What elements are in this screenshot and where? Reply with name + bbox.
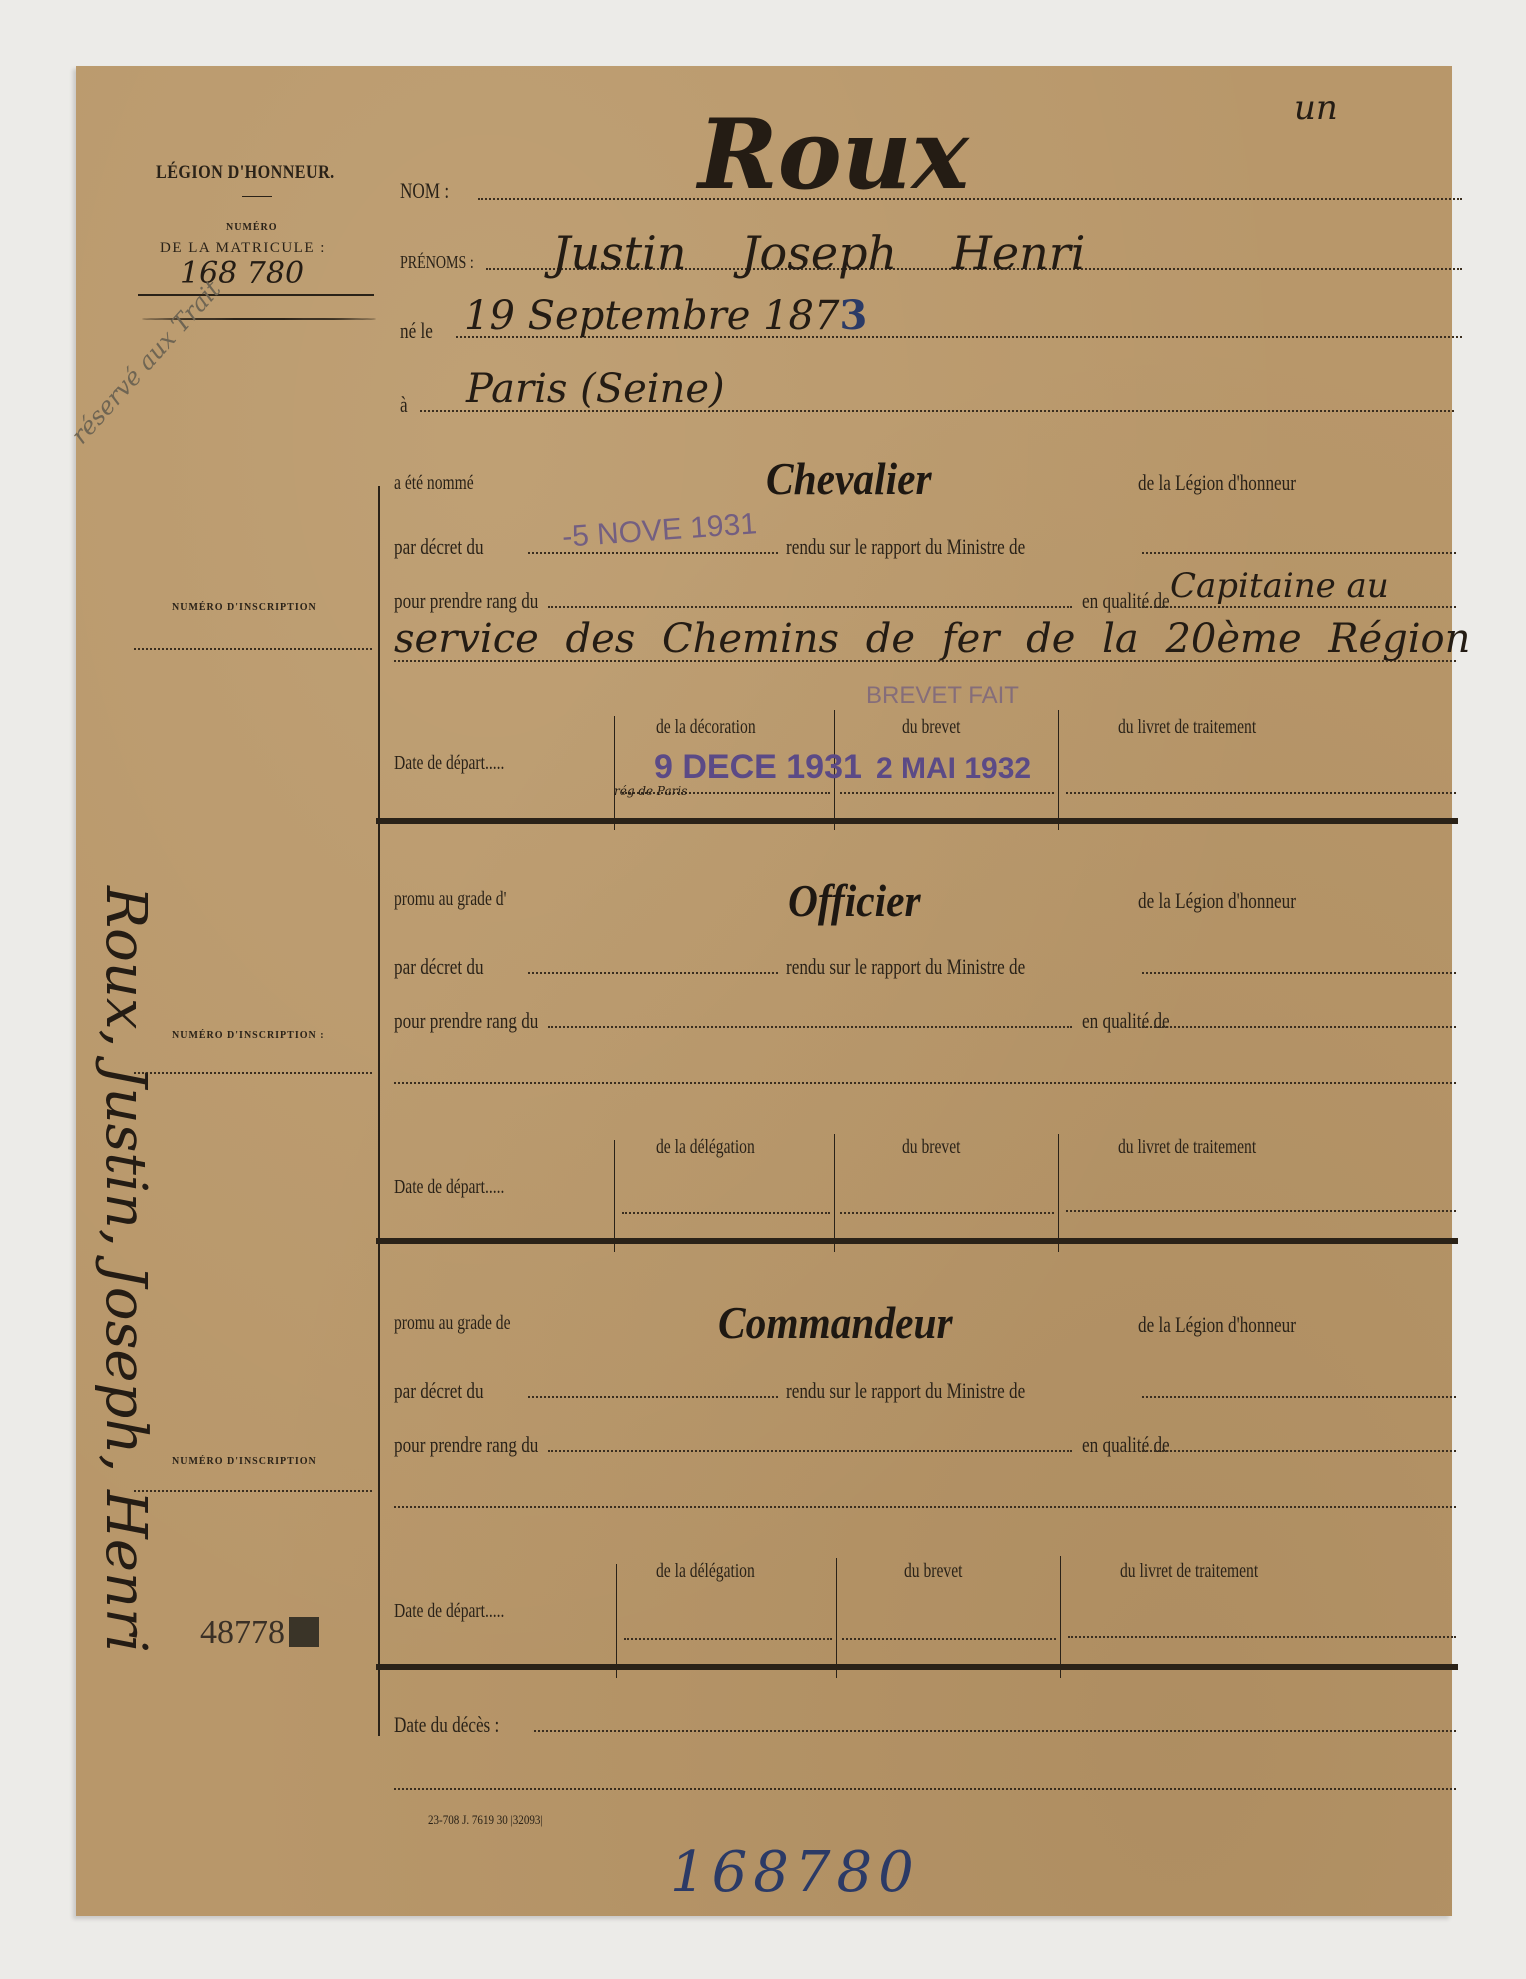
ne-le-date: 19 Septembre 187 xyxy=(464,293,839,339)
qualite-line xyxy=(1142,1026,1456,1028)
col3-line xyxy=(1066,1210,1456,1212)
decret-label: par décret du xyxy=(394,534,484,560)
grade-title: Commandeur xyxy=(718,1296,953,1349)
col1-line xyxy=(622,1212,830,1214)
stamp-number-value: 48778 xyxy=(200,1614,285,1651)
col3-line xyxy=(1066,792,1456,794)
title-underline xyxy=(242,196,272,197)
depart-label: Date de départ..... xyxy=(394,1176,504,1199)
footer-line xyxy=(394,1788,1456,1790)
grade-title: Officier xyxy=(788,874,921,927)
prenoms-value: Justin Joseph Henri xyxy=(552,226,1085,280)
decret-stamp: -5 NOVE 1931 xyxy=(561,507,758,555)
inscription-line-1 xyxy=(134,648,372,650)
col3-header: du livret de traitement xyxy=(1118,716,1256,739)
col-divider-2 xyxy=(1058,710,1059,830)
section-rule xyxy=(376,1238,1458,1244)
col-divider-1 xyxy=(836,1558,837,1678)
col2-header: du brevet xyxy=(902,1136,960,1159)
qualite-label: en qualité de xyxy=(1082,1432,1170,1458)
rang-label: pour prendre rang du xyxy=(394,1432,538,1458)
depart-label: Date de départ..... xyxy=(394,752,504,775)
col-divider-2 xyxy=(1060,1556,1061,1678)
rapport-label: rendu sur le rapport du Ministre de xyxy=(786,534,1025,560)
section-rule xyxy=(376,1664,1458,1670)
corner-initial: un xyxy=(1294,88,1338,128)
matricule-line xyxy=(138,294,374,296)
qualite-value-2: service des Chemins de fer de la 20ème R… xyxy=(394,616,1470,662)
col3-line xyxy=(1068,1636,1456,1638)
inscription-caption-2: NUMÉRO D'INSCRIPTION : xyxy=(172,1030,325,1041)
rang-label: pour prendre rang du xyxy=(394,588,538,614)
inscription-line-3 xyxy=(134,1490,372,1492)
deces-line xyxy=(534,1730,1456,1732)
nom-label: NOM : xyxy=(400,178,449,204)
grade-title: Chevalier xyxy=(766,452,932,505)
decret-label: par décret du xyxy=(394,1378,484,1404)
rapport-line xyxy=(1142,972,1456,974)
matricule-caption-2: DE LA MATRICULE : xyxy=(160,240,326,257)
col2-header: du brevet xyxy=(904,1560,962,1583)
qualite-label: en qualité de xyxy=(1082,1008,1170,1034)
suffix-label: de la Légion d'honneur xyxy=(1138,1312,1296,1338)
a-value: Paris (Seine) xyxy=(466,366,725,412)
qualite-line xyxy=(1142,606,1456,608)
ne-le-value: 19 Septembre 1873 xyxy=(464,292,867,339)
intro-label: a été nommé xyxy=(394,472,474,495)
rapport-label: rendu sur le rapport du Ministre de xyxy=(786,954,1025,980)
matricule-caption-1: NUMÉRO xyxy=(226,222,278,233)
qualite-value: Capitaine au xyxy=(1170,566,1389,606)
col3-header: du livret de traitement xyxy=(1118,1136,1256,1159)
inscription-line-2 xyxy=(134,1072,372,1074)
col2-header: du brevet xyxy=(902,716,960,739)
rapport-label: rendu sur le rapport du Ministre de xyxy=(786,1378,1025,1404)
col1-header: de la décoration xyxy=(656,716,756,739)
col1-line xyxy=(624,1638,832,1640)
decret-line xyxy=(528,1396,778,1398)
suffix-label: de la Légion d'honneur xyxy=(1138,470,1296,496)
stamp-number: 48778 xyxy=(200,1614,319,1652)
rang-line xyxy=(548,1450,1072,1452)
nom-line xyxy=(478,198,1462,200)
depart-brace xyxy=(614,1140,615,1252)
col2-stamp: 2 MAI 1932 xyxy=(876,752,1031,786)
intro-label: promu au grade de xyxy=(394,1312,511,1335)
col1-header: de la délégation xyxy=(656,1136,755,1159)
rang-line xyxy=(548,606,1072,608)
ne-le-label: né le xyxy=(400,318,433,344)
col1-stamp: 9 DECE 1931 xyxy=(654,748,862,787)
vertical-name: Roux, Justin, Joseph, Henri xyxy=(93,886,158,1653)
col2-line xyxy=(840,1212,1054,1214)
depart-brace xyxy=(616,1564,617,1678)
rapport-line xyxy=(1142,1396,1456,1398)
qualite-line-2 xyxy=(394,1082,1456,1084)
record-card: LÉGION D'HONNEUR. NUMÉRO DE LA MATRICULE… xyxy=(76,66,1452,1916)
ne-le-year-digit: 3 xyxy=(839,292,867,339)
org-title: LÉGION D'HONNEUR. xyxy=(156,162,335,184)
depart-brace xyxy=(614,716,615,830)
col3-header: du livret de traitement xyxy=(1120,1560,1258,1583)
rang-line xyxy=(548,1026,1072,1028)
prenoms-label: PRÉNOMS : xyxy=(400,252,474,273)
brevet-fait-stamp: BREVET FAIT xyxy=(866,682,1019,710)
qualite-label: en qualité de xyxy=(1082,588,1170,614)
bracket-line xyxy=(378,486,380,1736)
col-divider-1 xyxy=(834,1134,835,1252)
depart-label: Date de départ..... xyxy=(394,1600,504,1623)
a-label: à xyxy=(400,392,408,418)
stamp-block-icon xyxy=(289,1617,319,1647)
intro-label: promu au grade d' xyxy=(394,888,506,911)
deces-label: Date du décès : xyxy=(394,1712,499,1738)
col1-note: rég de Paris xyxy=(614,784,687,798)
suffix-label: de la Légion d'honneur xyxy=(1138,888,1296,914)
pencil-note: réservé aux Trait xyxy=(66,275,227,449)
rapport-line xyxy=(1142,552,1456,554)
print-code: 23-708 J. 7619 30 |32093| xyxy=(428,1812,543,1828)
decret-line xyxy=(528,972,778,974)
qualite-line-2 xyxy=(394,1506,1456,1508)
inscription-caption-1: NUMÉRO D'INSCRIPTION xyxy=(172,602,317,613)
col1-header: de la délégation xyxy=(656,1560,755,1583)
qualite-line xyxy=(1142,1450,1456,1452)
section-rule xyxy=(376,818,1458,824)
col2-line xyxy=(842,1638,1056,1640)
rang-label: pour prendre rang du xyxy=(394,1008,538,1034)
col2-line xyxy=(840,792,1054,794)
nom-value: Roux xyxy=(698,98,969,211)
decret-label: par décret du xyxy=(394,954,484,980)
col-divider-2 xyxy=(1058,1134,1059,1252)
inscription-caption-3: NUMÉRO D'INSCRIPTION xyxy=(172,1456,317,1467)
handwritten-number: 168780 xyxy=(670,1840,920,1905)
